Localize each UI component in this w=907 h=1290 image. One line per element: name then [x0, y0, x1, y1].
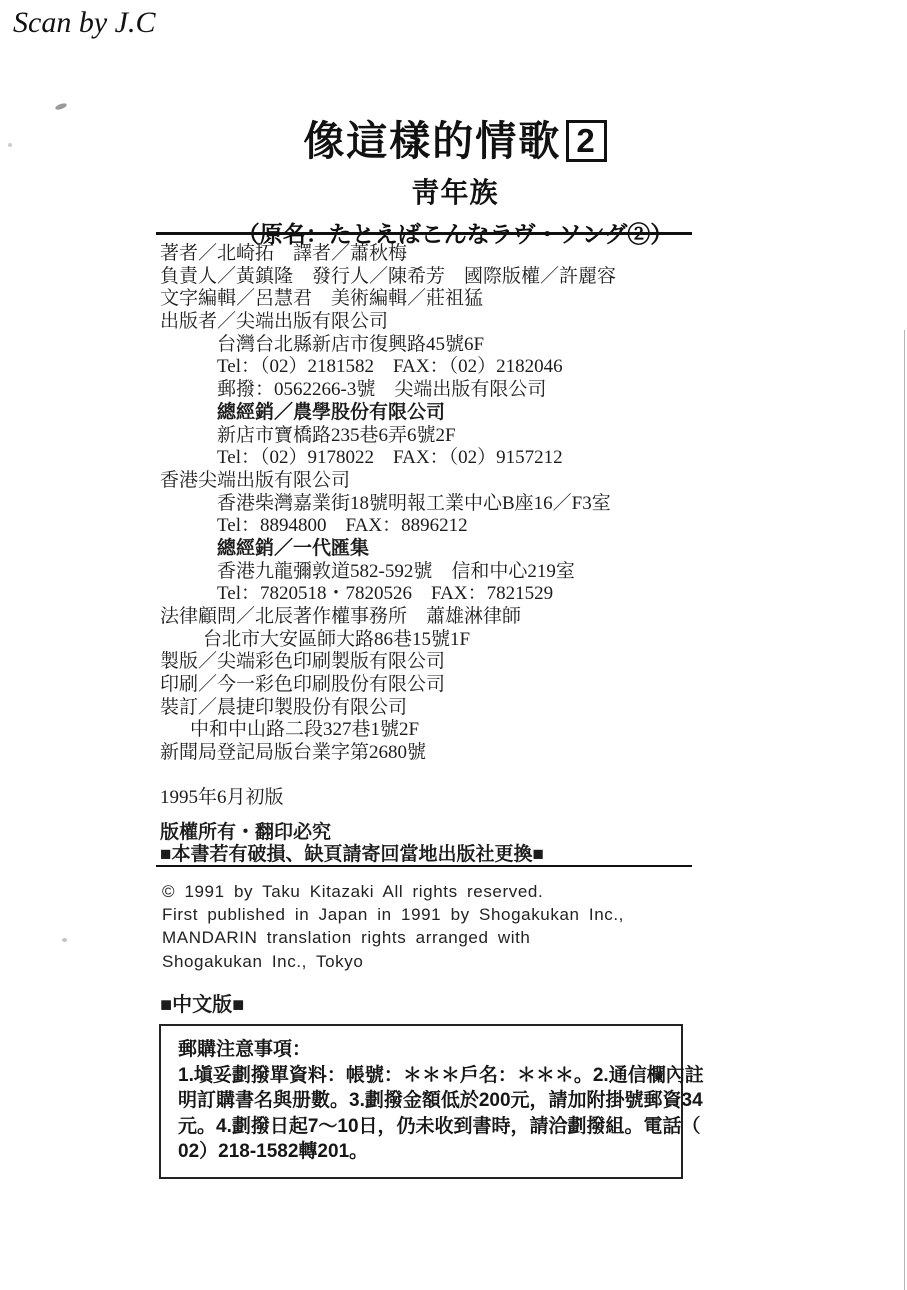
colophon-line-author: 著者／北崎拓 譯者／蕭秋梅 — [160, 243, 720, 266]
colophon-block: 著者／北崎拓 譯者／蕭秋梅 負責人／黃鎮隆 發行人／陳希芳 國際版權／許麗容 文… — [160, 243, 720, 765]
mail-order-line: 1.塡妥劃撥單資料：帳號：＊＊＊戶名：＊＊＊。2.通信欄內註 — [178, 1063, 671, 1089]
scan-artifact — [55, 102, 68, 111]
colophon-line-registration: 新聞局登記局版台業字第2680號 — [160, 742, 720, 765]
colophon-line-hk-dist-address: 香港九龍彌敦道582-592號 信和中心219室 — [160, 561, 720, 584]
scanned-colophon-page: Scan by J.C 像這樣的情歌2 靑年族 （原名：たとえばこんなラヴ・ソン… — [0, 0, 907, 1290]
colophon-line-legal: 法律顧問／北辰著作權事務所 蕭雄淋律師 — [160, 606, 720, 629]
mail-order-line: 元。4.劃撥日起7～10日，仍未收到書時，請洽劃撥組。電話（ — [178, 1114, 671, 1140]
colophon-line-hk-address: 香港柴灣嘉業街18號明報工業中心B座16／F3室 — [160, 493, 720, 516]
english-copyright-line: © 1991 by Taku Kitazaki All rights reser… — [162, 880, 624, 903]
colophon-line-editors: 文字編輯／呂慧君 美術編輯／莊祖猛 — [160, 288, 720, 311]
scan-artifact — [8, 143, 12, 147]
divider-rule-top — [156, 232, 692, 235]
colophon-line-hk-dist-tel: Tel：7820518・7820526 FAX：7821529 — [160, 583, 720, 606]
series-name: 靑年族 — [120, 171, 790, 211]
colophon-line-responsible: 負責人／黃鎮隆 發行人／陳希芳 國際版權／許麗容 — [160, 266, 720, 289]
colophon-line-dist-tel: Tel：（02）9178022 FAX：（02）9157212 — [160, 447, 720, 470]
mail-order-line: 02）218-1582轉201。 — [178, 1139, 671, 1165]
colophon-line-publisher: 出版者／尖端出版有限公司 — [160, 311, 720, 334]
divider-rule-bottom — [156, 865, 692, 867]
mail-order-notice-box: 郵購注意事項： 1.塡妥劃撥單資料：帳號：＊＊＊戶名：＊＊＊。2.通信欄內註 明… — [159, 1024, 683, 1179]
colophon-line-tw-tel: Tel：（02）2181582 FAX：（02）2182046 — [160, 356, 720, 379]
title-block: 像這樣的情歌2 靑年族 （原名：たとえばこんなラヴ・ソング②） — [120, 119, 790, 249]
colophon-line-plate: 製版／尖端彩色印刷製版有限公司 — [160, 651, 720, 674]
volume-number-box: 2 — [566, 120, 606, 162]
mail-order-title: 郵購注意事項： — [178, 1037, 671, 1063]
colophon-line-hk-distributor: 總經銷／一代匯集 — [160, 538, 720, 561]
chinese-edition-label: ■中文版■ — [160, 988, 244, 1017]
mail-order-line: 明訂購書名與册數。3.劃撥金額低於200元，請加附掛號郵資34 — [178, 1088, 671, 1114]
colophon-line-legal-address: 台北市大安區師大路86巷15號1F — [160, 629, 720, 652]
scan-artifact — [62, 938, 67, 942]
english-copyright-block: © 1991 by Taku Kitazaki All rights reser… — [162, 880, 624, 973]
colophon-line-postal: 郵撥：0562266-3號 尖端出版有限公司 — [160, 379, 720, 402]
damage-replacement-notice: ■本書若有破損、缺頁請寄回當地出版社更換■ — [160, 839, 544, 866]
colophon-line-tw-address: 台灣台北縣新店市復興路45號6F — [160, 334, 720, 357]
colophon-line-dist-address: 新店市寶橋路235巷6弄6號2F — [160, 425, 720, 448]
english-copyright-line: MANDARIN translation rights arranged wit… — [162, 926, 624, 949]
colophon-line-binding-address: 中和中山路二段327巷1號2F — [160, 719, 720, 742]
scan-edge-line — [904, 330, 905, 1290]
scan-credit: Scan by J.C — [13, 6, 155, 40]
edition-date: 1995年6月初版 — [160, 782, 284, 809]
colophon-line-printing: 印刷／今一彩色印刷股份有限公司 — [160, 674, 720, 697]
colophon-line-binding: 裝訂／晨捷印製股份有限公司 — [160, 697, 720, 720]
colophon-line-hk-publisher: 香港尖端出版有限公司 — [160, 470, 720, 493]
english-copyright-line: First published in Japan in 1991 by Shog… — [162, 903, 624, 926]
colophon-line-tw-distributor: 總經銷／農學股份有限公司 — [160, 402, 720, 425]
book-title-text: 像這樣的情歌 — [303, 118, 561, 164]
book-title: 像這樣的情歌2 — [120, 119, 790, 164]
english-copyright-line: Shogakukan Inc., Tokyo — [162, 950, 624, 973]
colophon-line-hk-tel: Tel：8894800 FAX：8896212 — [160, 515, 720, 538]
